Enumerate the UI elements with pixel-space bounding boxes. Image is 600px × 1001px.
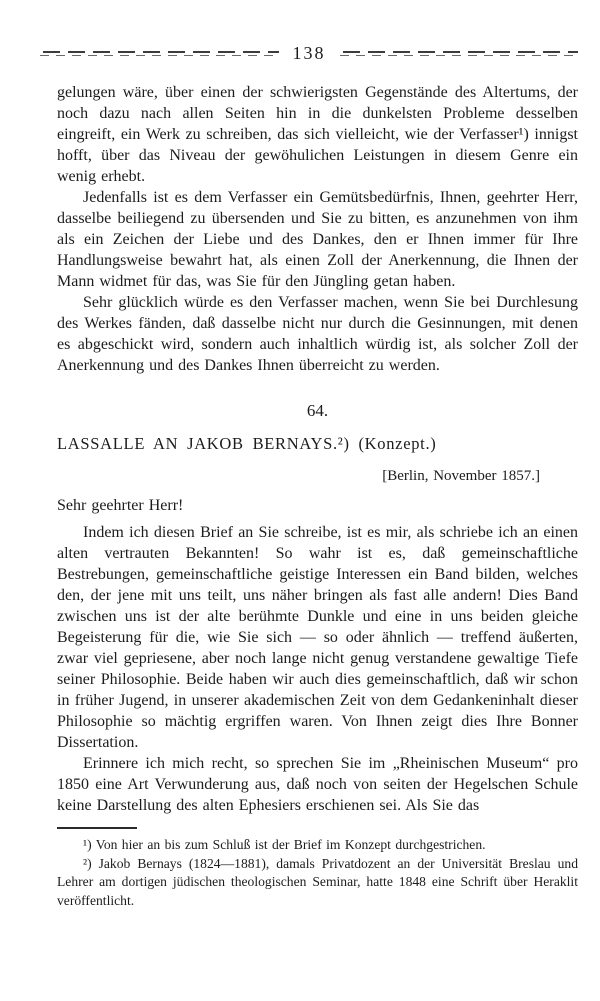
- footnote-1: ¹) Von hier an bis zum Schluß ist der Br…: [57, 836, 578, 855]
- letter-number: 64.: [57, 400, 578, 421]
- letter-dateline: [Berlin, November 1857.]: [57, 466, 578, 487]
- footnote-separator: [57, 827, 137, 829]
- page-text-block: gelungen wäre, über einen der schwierigs…: [57, 82, 578, 910]
- running-head: 138: [40, 44, 578, 62]
- header-rule-right: [340, 49, 579, 57]
- book-page: 138 gelungen wäre, über einen der schwie…: [0, 0, 600, 1001]
- letter-paragraph-1: Indem ich diesen Brief an Sie schreibe, …: [57, 522, 578, 753]
- body-paragraph-1: gelungen wäre, über einen der schwierigs…: [57, 82, 578, 187]
- letter-paragraph-2: Erinnere ich mich recht, so sprechen Sie…: [57, 753, 578, 816]
- footnote-2: ²) Jakob Bernays (1824—1881), damals Pri…: [57, 855, 578, 911]
- body-paragraph-2: Jedenfalls ist es dem Verfasser ein Gemü…: [57, 187, 578, 292]
- letter-heading: LASSALLE AN JAKOB BERNAYS.²) (Konzept.): [57, 433, 578, 454]
- footnotes-block: ¹) Von hier an bis zum Schluß ist der Br…: [57, 827, 578, 910]
- body-paragraph-3: Sehr glücklich würde es den Verfasser ma…: [57, 292, 578, 376]
- letter-salutation: Sehr geehrter Herr!: [57, 495, 578, 516]
- header-rule-left: [40, 49, 279, 57]
- page-number: 138: [289, 44, 330, 62]
